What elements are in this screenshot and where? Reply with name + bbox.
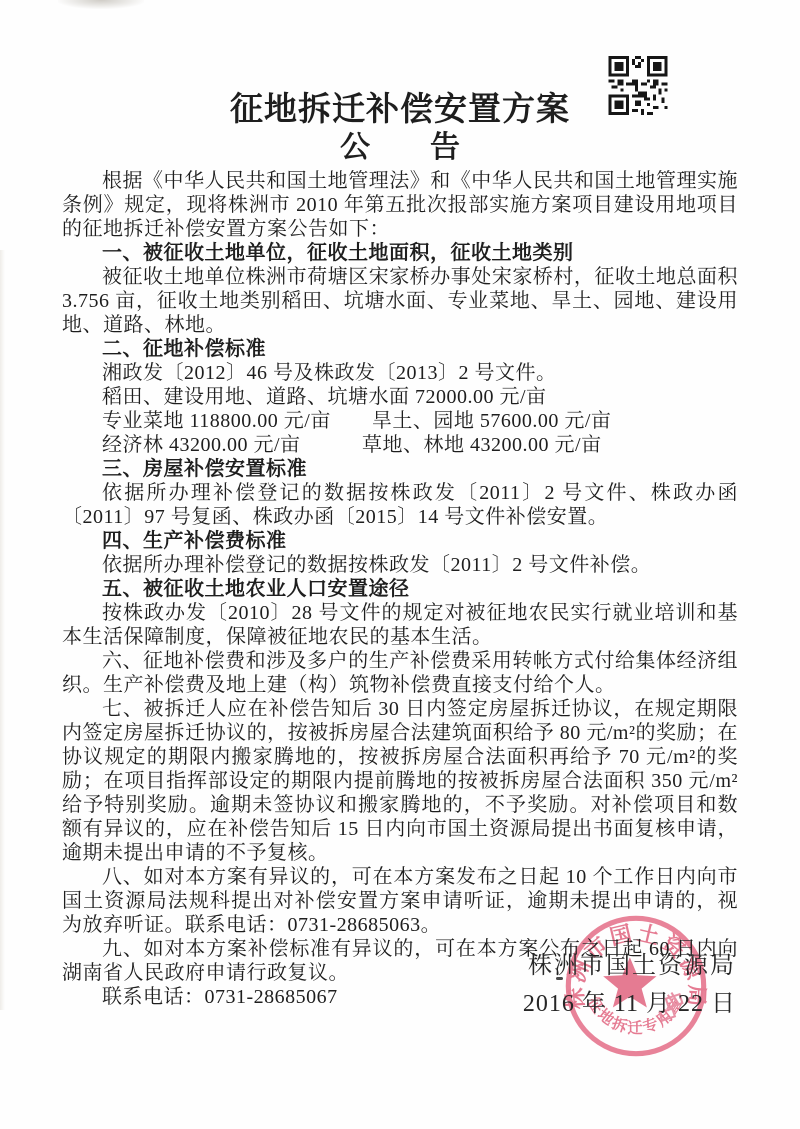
paragraph: 八、如对本方案有异议的，可在本方案发布之日起 10 个工作日内向市国土资源局法规… bbox=[62, 865, 738, 937]
scan-artifact-top bbox=[58, 0, 144, 9]
paragraph: 湘政发〔2012〕46 号及株政发〔2013〕2 号文件。 bbox=[62, 361, 738, 385]
signature-org: 株洲市国土资源局 bbox=[523, 951, 736, 981]
paragraph: 依据所办理补偿登记的数据按株政发〔2011〕2 号文件补偿。 bbox=[62, 553, 738, 577]
document-body: 根据《中华人民共和国土地管理法》和《中华人民共和国土地管理实施条例》规定，现将株… bbox=[62, 169, 738, 1009]
paragraph: 六、征地补偿费和涉及多户的生产补偿费采用转帐方式付给集体经济组织。生产补偿费及地… bbox=[62, 649, 738, 697]
paragraph: 被征收土地单位株洲市荷塘区宋家桥办事处宋家桥村，征收土地总面积 3.756 亩，… bbox=[62, 265, 738, 337]
paragraph: 按株政办发〔2010〕28 号文件的规定对被征地农民实行就业培训和基本生活保障制… bbox=[62, 601, 738, 649]
scan-artifact-left-edge bbox=[0, 250, 5, 1010]
section-heading: 二、征地补偿标准 bbox=[62, 337, 738, 361]
paragraph: 根据《中华人民共和国土地管理法》和《中华人民共和国土地管理实施条例》规定，现将株… bbox=[62, 169, 738, 241]
document-content: 征地拆迁补偿安置方案 公 告 根据《中华人民共和国土地管理法》和《中华人民共和国… bbox=[62, 90, 738, 1009]
scan-artifact-ink-dot bbox=[556, 977, 563, 980]
document-title: 征地拆迁补偿安置方案 bbox=[62, 90, 738, 130]
paragraph: 依据所办理补偿登记的数据按株政发〔2011〕2 号文件、株政办函〔2011〕97… bbox=[62, 481, 738, 529]
signature-block: 株洲市国土资源局 2016 年 11 月 22 日 bbox=[523, 951, 736, 1019]
paragraph: 七、被拆迁人应在补偿告知后 30 日内签定房屋拆迁协议，在规定期限内签定房屋拆迁… bbox=[62, 697, 738, 865]
section-heading: 一、被征收土地单位，征收土地面积，征收土地类别 bbox=[62, 241, 738, 265]
section-heading: 三、房屋补偿安置标准 bbox=[62, 457, 738, 481]
paragraph: 经济林 43200.00 元/亩 草地、林地 43200.00 元/亩 bbox=[62, 433, 738, 457]
paragraph: 稻田、建设用地、道路、坑塘水面 72000.00 元/亩 bbox=[62, 385, 738, 409]
section-heading: 五、被征收土地农业人口安置途径 bbox=[62, 577, 738, 601]
document-subtitle: 公 告 bbox=[62, 130, 738, 166]
paragraph: 专业菜地 118800.00 元/亩 旱土、园地 57600.00 元/亩 bbox=[62, 409, 738, 433]
scanned-document-page: 株洲市国土资源局 征地拆迁专用章 征地拆迁补偿安置方案 公 告 根据《中华人民共… bbox=[0, 0, 800, 1129]
signature-date: 2016 年 11 月 22 日 bbox=[523, 989, 736, 1019]
section-heading: 四、生产补偿费标准 bbox=[62, 529, 738, 553]
